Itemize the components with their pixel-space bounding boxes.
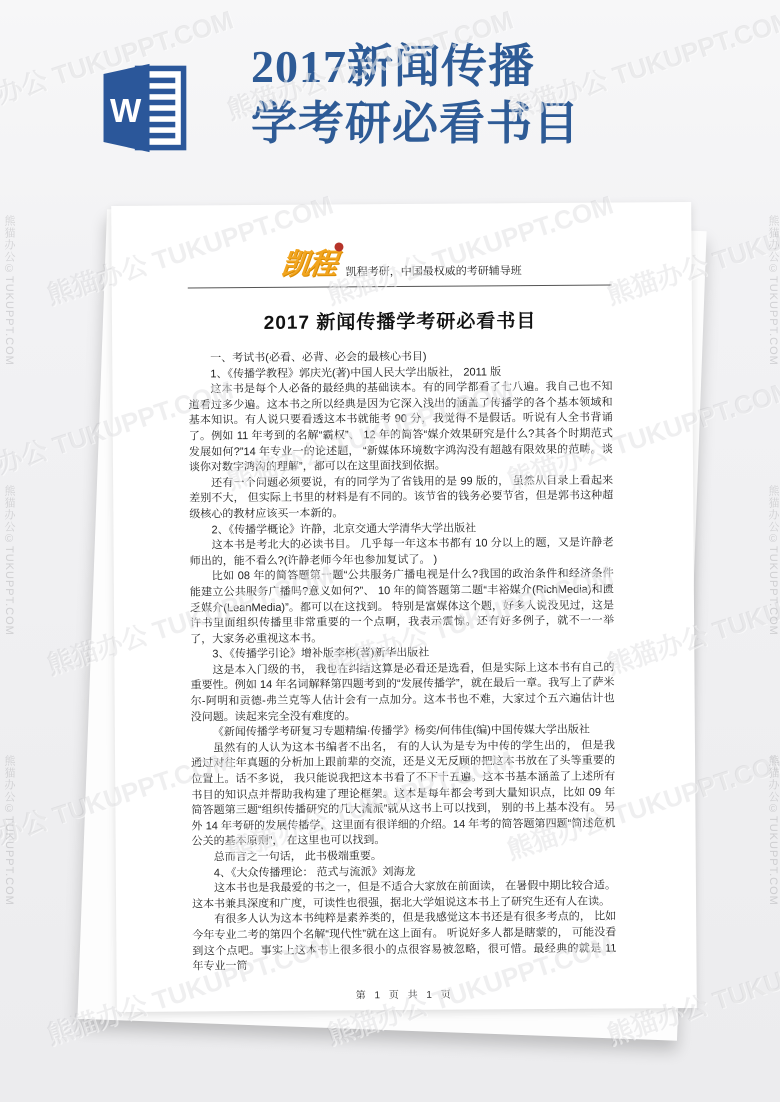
preview-title-line2: 学考研必看书目 xyxy=(251,95,731,152)
watermark-edge-text: 熊猫办公©TUKUPPT.COM xyxy=(765,485,780,636)
header-divider xyxy=(188,285,612,289)
page-preview: W 2017新闻传播 学考研必看书目 凯程 凯程考研，中国最权威的考研辅导班 2… xyxy=(0,0,780,1102)
watermark-edge-text: 熊猫办公©TUKUPPT.COM xyxy=(1,755,17,906)
preview-header: W 2017新闻传播 学考研必看书目 xyxy=(0,0,780,190)
paper-sheet-front: 凯程 凯程考研，中国最权威的考研辅导班 2017 新闻传播学考研必看书目 一、考… xyxy=(111,202,697,1012)
preview-title: 2017新闻传播 学考研必看书目 xyxy=(251,38,731,152)
page-number: 第 1 页 共 1 页 xyxy=(193,984,617,1002)
word-icon: W xyxy=(98,60,190,156)
brand-tagline: 凯程考研，中国最权威的考研辅导班 xyxy=(346,262,522,282)
watermark-edge-text: 熊猫办公©TUKUPPT.COM xyxy=(1,215,17,366)
document-body: 一、考试书(必看、必背、必会的最核心书目)1、《传播学教程》郭庆光(著)中国人民… xyxy=(188,349,616,976)
watermark-edge-text: 熊猫办公©TUKUPPT.COM xyxy=(765,215,780,366)
watermark-edge-text: 熊猫办公©TUKUPPT.COM xyxy=(765,755,780,906)
paragraph-body: 比如 08 年的简答题第一题“公共服务广播电视是什么?我国的政治条件和经济条件能… xyxy=(190,567,615,648)
kaicheng-logo: 凯程 xyxy=(281,241,345,282)
brand-row: 凯程 凯程考研，中国最权威的考研辅导班 xyxy=(281,233,611,283)
word-icon-letter: W xyxy=(110,93,142,130)
paragraph-body: 这本书也是我最爱的书之一，但是不适合大家放在前面读， 在暑假中期比较合适。这本书… xyxy=(192,879,616,913)
preview-title-line1: 2017新闻传播 xyxy=(251,38,731,95)
document-title: 2017 新闻传播学考研必看书目 xyxy=(188,306,612,336)
paragraph-body: 还有一个问题必须要说，有的同学为了省钱用的是 99 版的， 虽然从目录上看起来差… xyxy=(189,473,613,523)
paragraph-body: 虽然有的人认为这本书编者不出名， 有的人认为是专为中传的学生出的， 但是我通过对… xyxy=(191,738,616,850)
paragraph-body: 这本书是考北大的必读书目。 几乎每一年这本书都有 10 分以上的题，又是许静老师… xyxy=(190,536,614,570)
paragraph-body: 这是本入门级的书， 我也在纠结这算是必看还是选看，但是实际上这本书有自己的重要性… xyxy=(190,660,614,725)
watermark-edge-text: 熊猫办公©TUKUPPT.COM xyxy=(1,485,17,636)
kaicheng-logo-text: 凯程 xyxy=(279,241,338,282)
paragraph-body: 这本书是每个人必备的最经典的基础读本。有的同学都看了七八遍。我自己也不知道看过多… xyxy=(188,380,613,477)
paragraph-body: 有很多人认为这本书纯粹是素养类的，但是我感觉这本书还是有很多考点的， 比如今年专… xyxy=(192,910,616,975)
kaicheng-logo-dot-icon xyxy=(334,242,343,251)
